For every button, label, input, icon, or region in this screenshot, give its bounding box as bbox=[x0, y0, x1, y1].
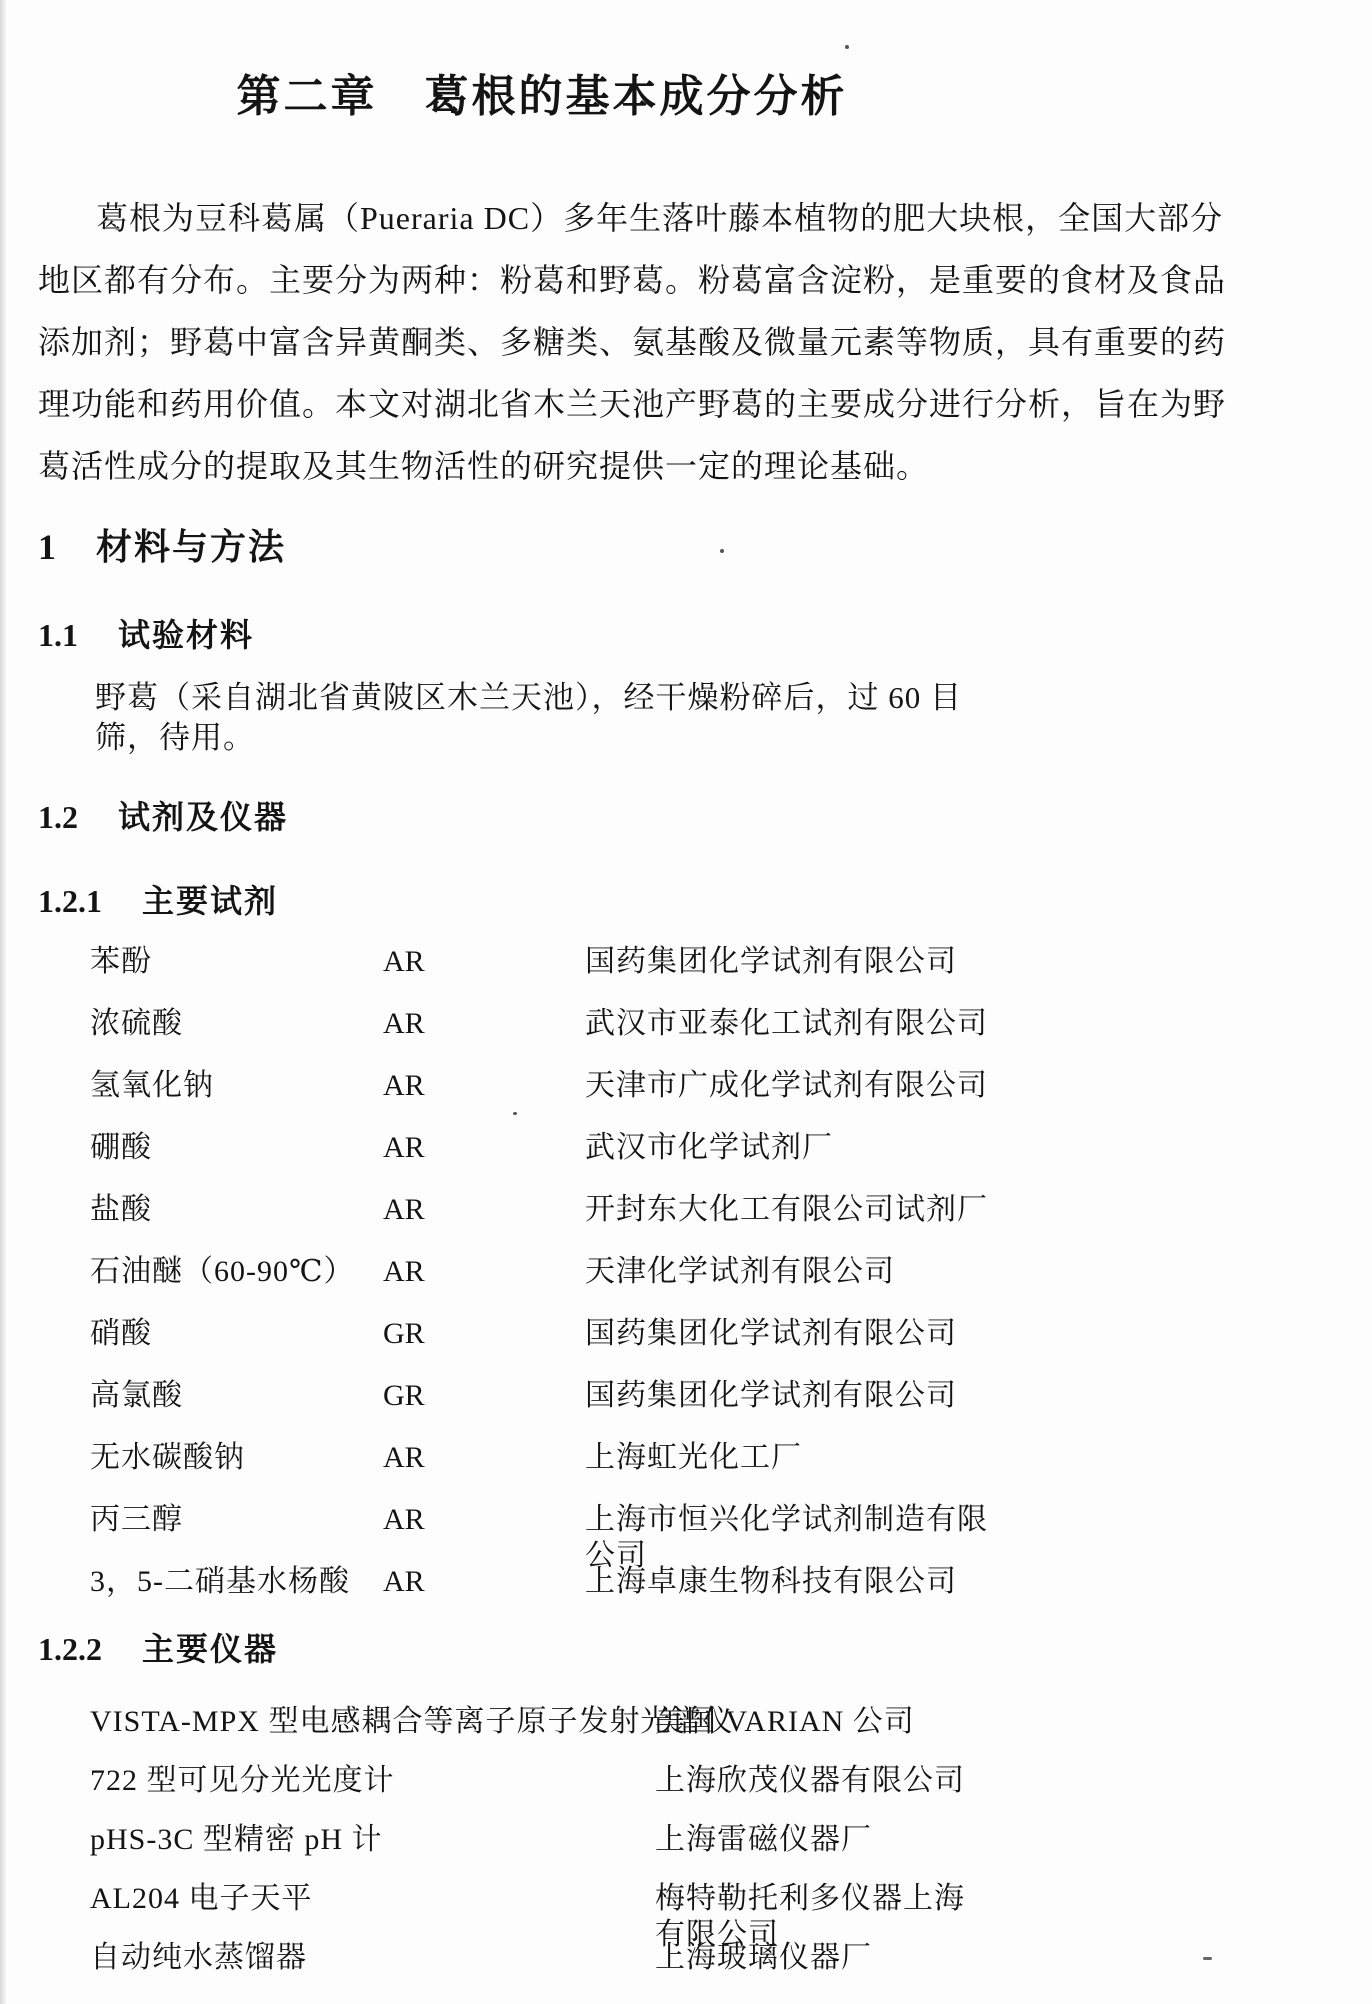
reagent-name: 苯酚 bbox=[90, 944, 152, 980]
section-heading-1-2-1: 1.2.1主要试剂 bbox=[38, 880, 990, 922]
reagent-grade: AR bbox=[383, 1130, 425, 1166]
instrument-row: AL204 电子天平 梅特勒托利多仪器上海有限公司 bbox=[38, 1881, 990, 1940]
instrument-name: AL204 电子天平 bbox=[90, 1881, 313, 1917]
section-number: 1.2 bbox=[38, 799, 78, 835]
reagent-row: 硝酸 GR 国药集团化学试剂有限公司 bbox=[38, 1316, 990, 1378]
reagent-grade: AR bbox=[383, 1440, 425, 1476]
reagent-row: 丙三醇 AR 上海市恒兴化学试剂制造有限公司 bbox=[38, 1502, 990, 1564]
scan-speck bbox=[1203, 1957, 1212, 1960]
reagent-supplier: 武汉市亚泰化工试剂有限公司 bbox=[585, 1006, 988, 1042]
chapter-title: 第二章 葛根的基本成分分析 bbox=[38, 70, 990, 124]
reagent-supplier: 国药集团化学试剂有限公司 bbox=[585, 1316, 957, 1352]
instrument-supplier: 上海欣茂仪器有限公司 bbox=[655, 1763, 965, 1799]
reagent-grade: AR bbox=[383, 944, 425, 980]
section-title: 试验材料 bbox=[118, 617, 254, 653]
section-title: 试剂及仪器 bbox=[118, 799, 288, 835]
reagent-grade: AR bbox=[383, 1502, 425, 1538]
intro-line: 理功能和药用价值。本文对湖北省木兰天池产野葛的主要成分进行分析，旨在为野 bbox=[38, 384, 990, 446]
reagent-grade: AR bbox=[383, 1192, 425, 1228]
reagent-grade: AR bbox=[383, 1006, 425, 1042]
section-number: 1.1 bbox=[38, 617, 78, 653]
reagent-name: 浓硫酸 bbox=[90, 1006, 183, 1042]
reagent-name: 3，5-二硝基水杨酸 bbox=[90, 1564, 350, 1600]
section-number: 1 bbox=[38, 527, 56, 567]
section-number: 1.2.1 bbox=[38, 883, 102, 919]
scan-speck bbox=[513, 1112, 517, 1115]
section-number: 1.2.2 bbox=[38, 1631, 102, 1667]
instrument-supplier: 美国 VARIAN 公司 bbox=[655, 1704, 915, 1740]
intro-line: 地区都有分布。主要分为两种：粉葛和野葛。粉葛富含淀粉，是重要的食材及食品 bbox=[38, 260, 990, 322]
section-title: 主要试剂 bbox=[142, 883, 278, 919]
instrument-name: VISTA-MPX 型电感耦合等离子原子发射光谱仪 bbox=[90, 1704, 733, 1740]
reagent-row: 硼酸 AR 武汉市化学试剂厂 bbox=[38, 1130, 990, 1192]
scan-speck bbox=[845, 45, 849, 49]
reagent-grade: AR bbox=[383, 1068, 425, 1104]
reagent-row: 盐酸 AR 开封东大化工有限公司试剂厂 bbox=[38, 1192, 990, 1254]
reagent-name: 硼酸 bbox=[90, 1130, 152, 1166]
reagent-supplier: 天津市广成化学试剂有限公司 bbox=[585, 1068, 988, 1104]
intro-line: 添加剂；野葛中富含异黄酮类、多糖类、氨基酸及微量元素等物质，具有重要的药 bbox=[38, 322, 990, 384]
instrument-row: 722 型可见分光光度计 上海欣茂仪器有限公司 bbox=[38, 1763, 990, 1822]
reagent-row: 氢氧化钠 AR 天津市广成化学试剂有限公司 bbox=[38, 1068, 990, 1130]
reagent-grade: AR bbox=[383, 1564, 425, 1600]
reagent-grade: AR bbox=[383, 1254, 425, 1290]
reagent-row: 高氯酸 GR 国药集团化学试剂有限公司 bbox=[38, 1378, 990, 1440]
instrument-supplier: 上海雷磁仪器厂 bbox=[655, 1822, 872, 1858]
instrument-name: 自动纯水蒸馏器 bbox=[90, 1940, 307, 1976]
reagent-row: 石油醚（60-90℃） AR 天津化学试剂有限公司 bbox=[38, 1254, 990, 1316]
section-title: 材料与方法 bbox=[96, 526, 286, 567]
reagent-name: 盐酸 bbox=[90, 1192, 152, 1228]
instrument-name: 722 型可见分光光度计 bbox=[90, 1763, 395, 1799]
document-page: 第二章 葛根的基本成分分析 葛根为豆科葛属（Pueraria DC）多年生落叶藤… bbox=[38, 70, 990, 1999]
instrument-row: 自动纯水蒸馏器 上海玻璃仪器厂 bbox=[38, 1940, 990, 1999]
reagent-grade: GR bbox=[383, 1316, 425, 1352]
instrument-supplier: 上海玻璃仪器厂 bbox=[655, 1940, 872, 1976]
intro-line: 葛活性成分的提取及其生物活性的研究提供一定的理论基础。 bbox=[38, 446, 990, 508]
scan-page-edge bbox=[0, 0, 7, 2004]
instrument-row: VISTA-MPX 型电感耦合等离子原子发射光谱仪 美国 VARIAN 公司 bbox=[38, 1704, 990, 1763]
section-heading-1-2: 1.2试剂及仪器 bbox=[38, 796, 990, 838]
reagent-supplier: 上海卓康生物科技有限公司 bbox=[585, 1564, 957, 1600]
reagent-name: 高氯酸 bbox=[90, 1378, 183, 1414]
instrument-name: pHS-3C 型精密 pH 计 bbox=[90, 1822, 383, 1858]
reagent-supplier: 天津化学试剂有限公司 bbox=[585, 1254, 895, 1290]
reagent-supplier: 国药集团化学试剂有限公司 bbox=[585, 944, 957, 980]
reagent-table: 苯酚 AR 国药集团化学试剂有限公司 浓硫酸 AR 武汉市亚泰化工试剂有限公司 … bbox=[38, 944, 990, 1626]
section-title: 主要仪器 bbox=[142, 1631, 278, 1667]
scan-speck bbox=[720, 549, 724, 553]
reagent-name: 氢氧化钠 bbox=[90, 1068, 214, 1104]
reagent-row: 3，5-二硝基水杨酸 AR 上海卓康生物科技有限公司 bbox=[38, 1564, 990, 1626]
reagent-name: 硝酸 bbox=[90, 1316, 152, 1352]
intro-paragraph: 葛根为豆科葛属（Pueraria DC）多年生落叶藤本植物的肥大块根，全国大部分… bbox=[38, 198, 990, 508]
materials-body-text: 野葛（采自湖北省黄陂区木兰天池），经干燥粉碎后，过 60 目筛，待用。 bbox=[38, 678, 990, 758]
instrument-list: VISTA-MPX 型电感耦合等离子原子发射光谱仪 美国 VARIAN 公司 7… bbox=[38, 1704, 990, 1999]
reagent-supplier: 开封东大化工有限公司试剂厂 bbox=[585, 1192, 988, 1228]
reagent-supplier: 国药集团化学试剂有限公司 bbox=[585, 1378, 957, 1414]
reagent-row: 苯酚 AR 国药集团化学试剂有限公司 bbox=[38, 944, 990, 1006]
reagent-row: 无水碳酸钠 AR 上海虹光化工厂 bbox=[38, 1440, 990, 1502]
reagent-grade: GR bbox=[383, 1378, 425, 1414]
reagent-name: 无水碳酸钠 bbox=[90, 1440, 245, 1476]
section-heading-1: 1材料与方法 bbox=[38, 524, 990, 570]
reagent-supplier: 上海虹光化工厂 bbox=[585, 1440, 802, 1476]
reagent-row: 浓硫酸 AR 武汉市亚泰化工试剂有限公司 bbox=[38, 1006, 990, 1068]
reagent-name: 石油醚（60-90℃） bbox=[90, 1254, 355, 1290]
instrument-row: pHS-3C 型精密 pH 计 上海雷磁仪器厂 bbox=[38, 1822, 990, 1881]
intro-line: 葛根为豆科葛属（Pueraria DC）多年生落叶藤本植物的肥大块根，全国大部分 bbox=[38, 198, 990, 260]
section-heading-1-1: 1.1试验材料 bbox=[38, 614, 990, 656]
reagent-name: 丙三醇 bbox=[90, 1502, 183, 1538]
reagent-supplier: 武汉市化学试剂厂 bbox=[585, 1130, 833, 1166]
section-heading-1-2-2: 1.2.2主要仪器 bbox=[38, 1628, 990, 1670]
